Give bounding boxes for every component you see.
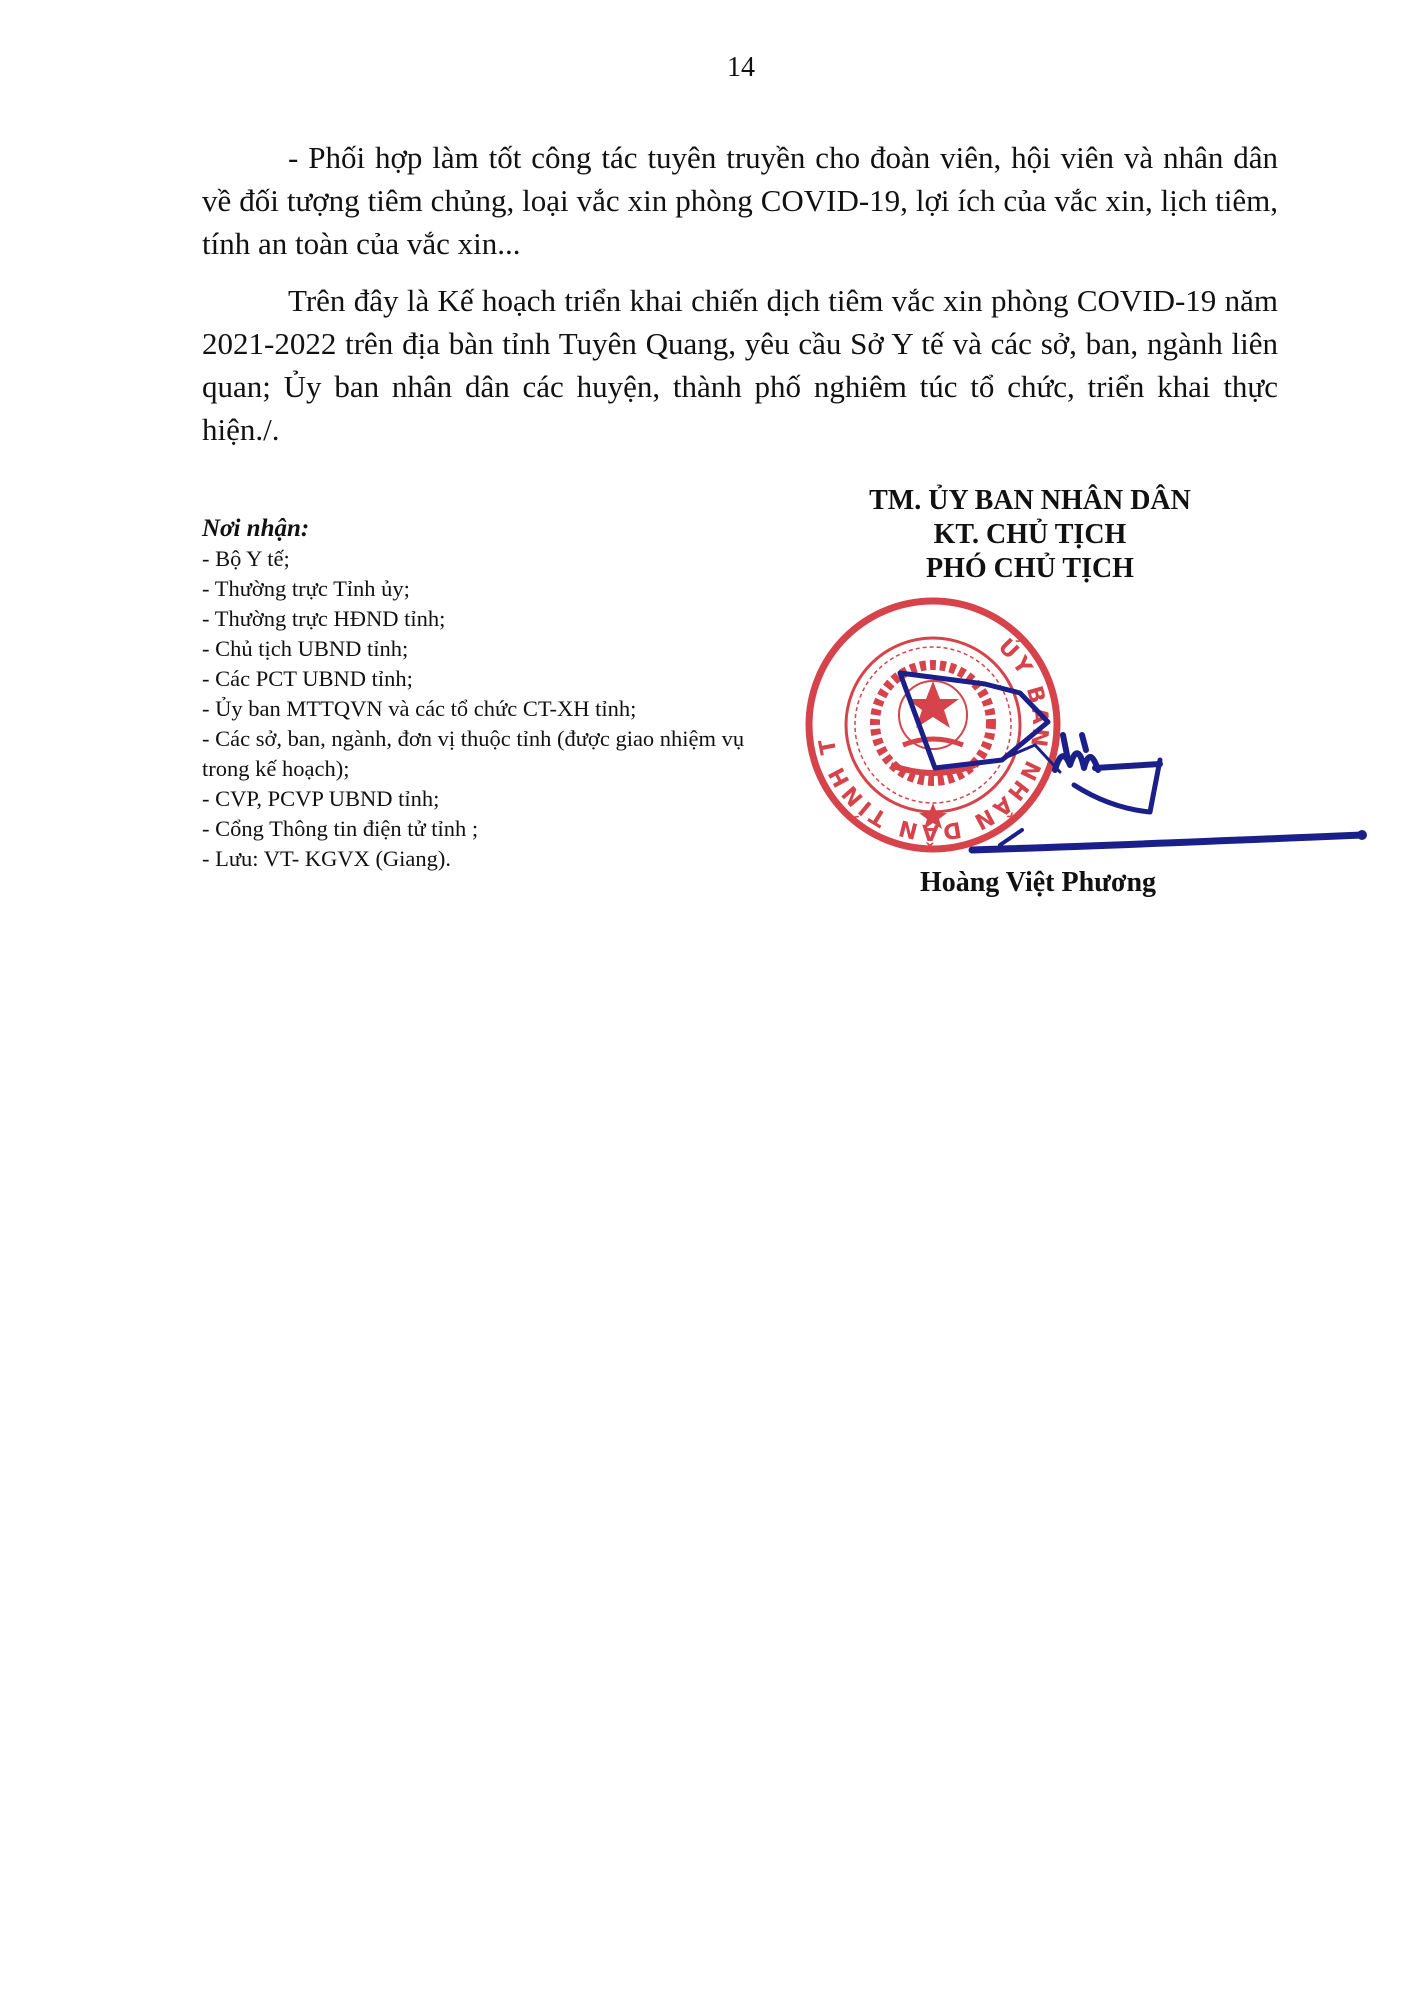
recipient-item: - Chủ tịch UBND tỉnh; (202, 634, 762, 664)
recipient-item: - Thường trực HĐND tỉnh; (202, 604, 762, 634)
body-paragraph-1: - Phối hợp làm tốt công tác tuyên truyền… (202, 136, 1278, 265)
page-number: 14 (0, 52, 1414, 84)
signer-name: Hoàng Việt Phương (838, 866, 1238, 900)
national-emblem-icon (875, 665, 991, 829)
recipient-item: - Lưu: VT- KGVX (Giang). (202, 844, 762, 874)
paragraph-text: Trên đây là Kế hoạch triển khai chiến dị… (202, 279, 1278, 451)
body-paragraph-2: Trên đây là Kế hoạch triển khai chiến dị… (202, 279, 1278, 451)
recipients-heading: Nơi nhận: (202, 514, 762, 544)
recipients-list: Nơi nhận: - Bộ Y tế; - Thường trực Tỉnh … (202, 514, 762, 874)
paragraph-text: - Phối hợp làm tốt công tác tuyên truyền… (202, 136, 1278, 265)
recipient-item: - Các sở, ban, ngành, đơn vị thuộc tỉnh … (202, 724, 762, 784)
signature-title-line: KT. CHỦ TỊCH (830, 518, 1230, 552)
official-stamp-icon: ỦY BAN NHÂN DÂN TỈNH TUYÊN QUANG (803, 595, 1063, 855)
recipient-item: - Thường trực Tỉnh ủy; (202, 574, 762, 604)
signature-title-line: TM. ỦY BAN NHÂN DÂN (830, 484, 1230, 518)
recipient-item: - Ủy ban MTTQVN và các tổ chức CT-XH tỉn… (202, 694, 762, 724)
recipient-item: - CVP, PCVP UBND tỉnh; (202, 784, 762, 814)
recipient-item: - Cổng Thông tin điện tử tỉnh ; (202, 814, 762, 844)
recipient-item: - Các PCT UBND tỉnh; (202, 664, 762, 694)
signature-title: TM. ỦY BAN NHÂN DÂN KT. CHỦ TỊCH PHÓ CHỦ… (830, 484, 1230, 586)
recipient-item: - Bộ Y tế; (202, 544, 762, 574)
signature-title-line: PHÓ CHỦ TỊCH (830, 552, 1230, 586)
